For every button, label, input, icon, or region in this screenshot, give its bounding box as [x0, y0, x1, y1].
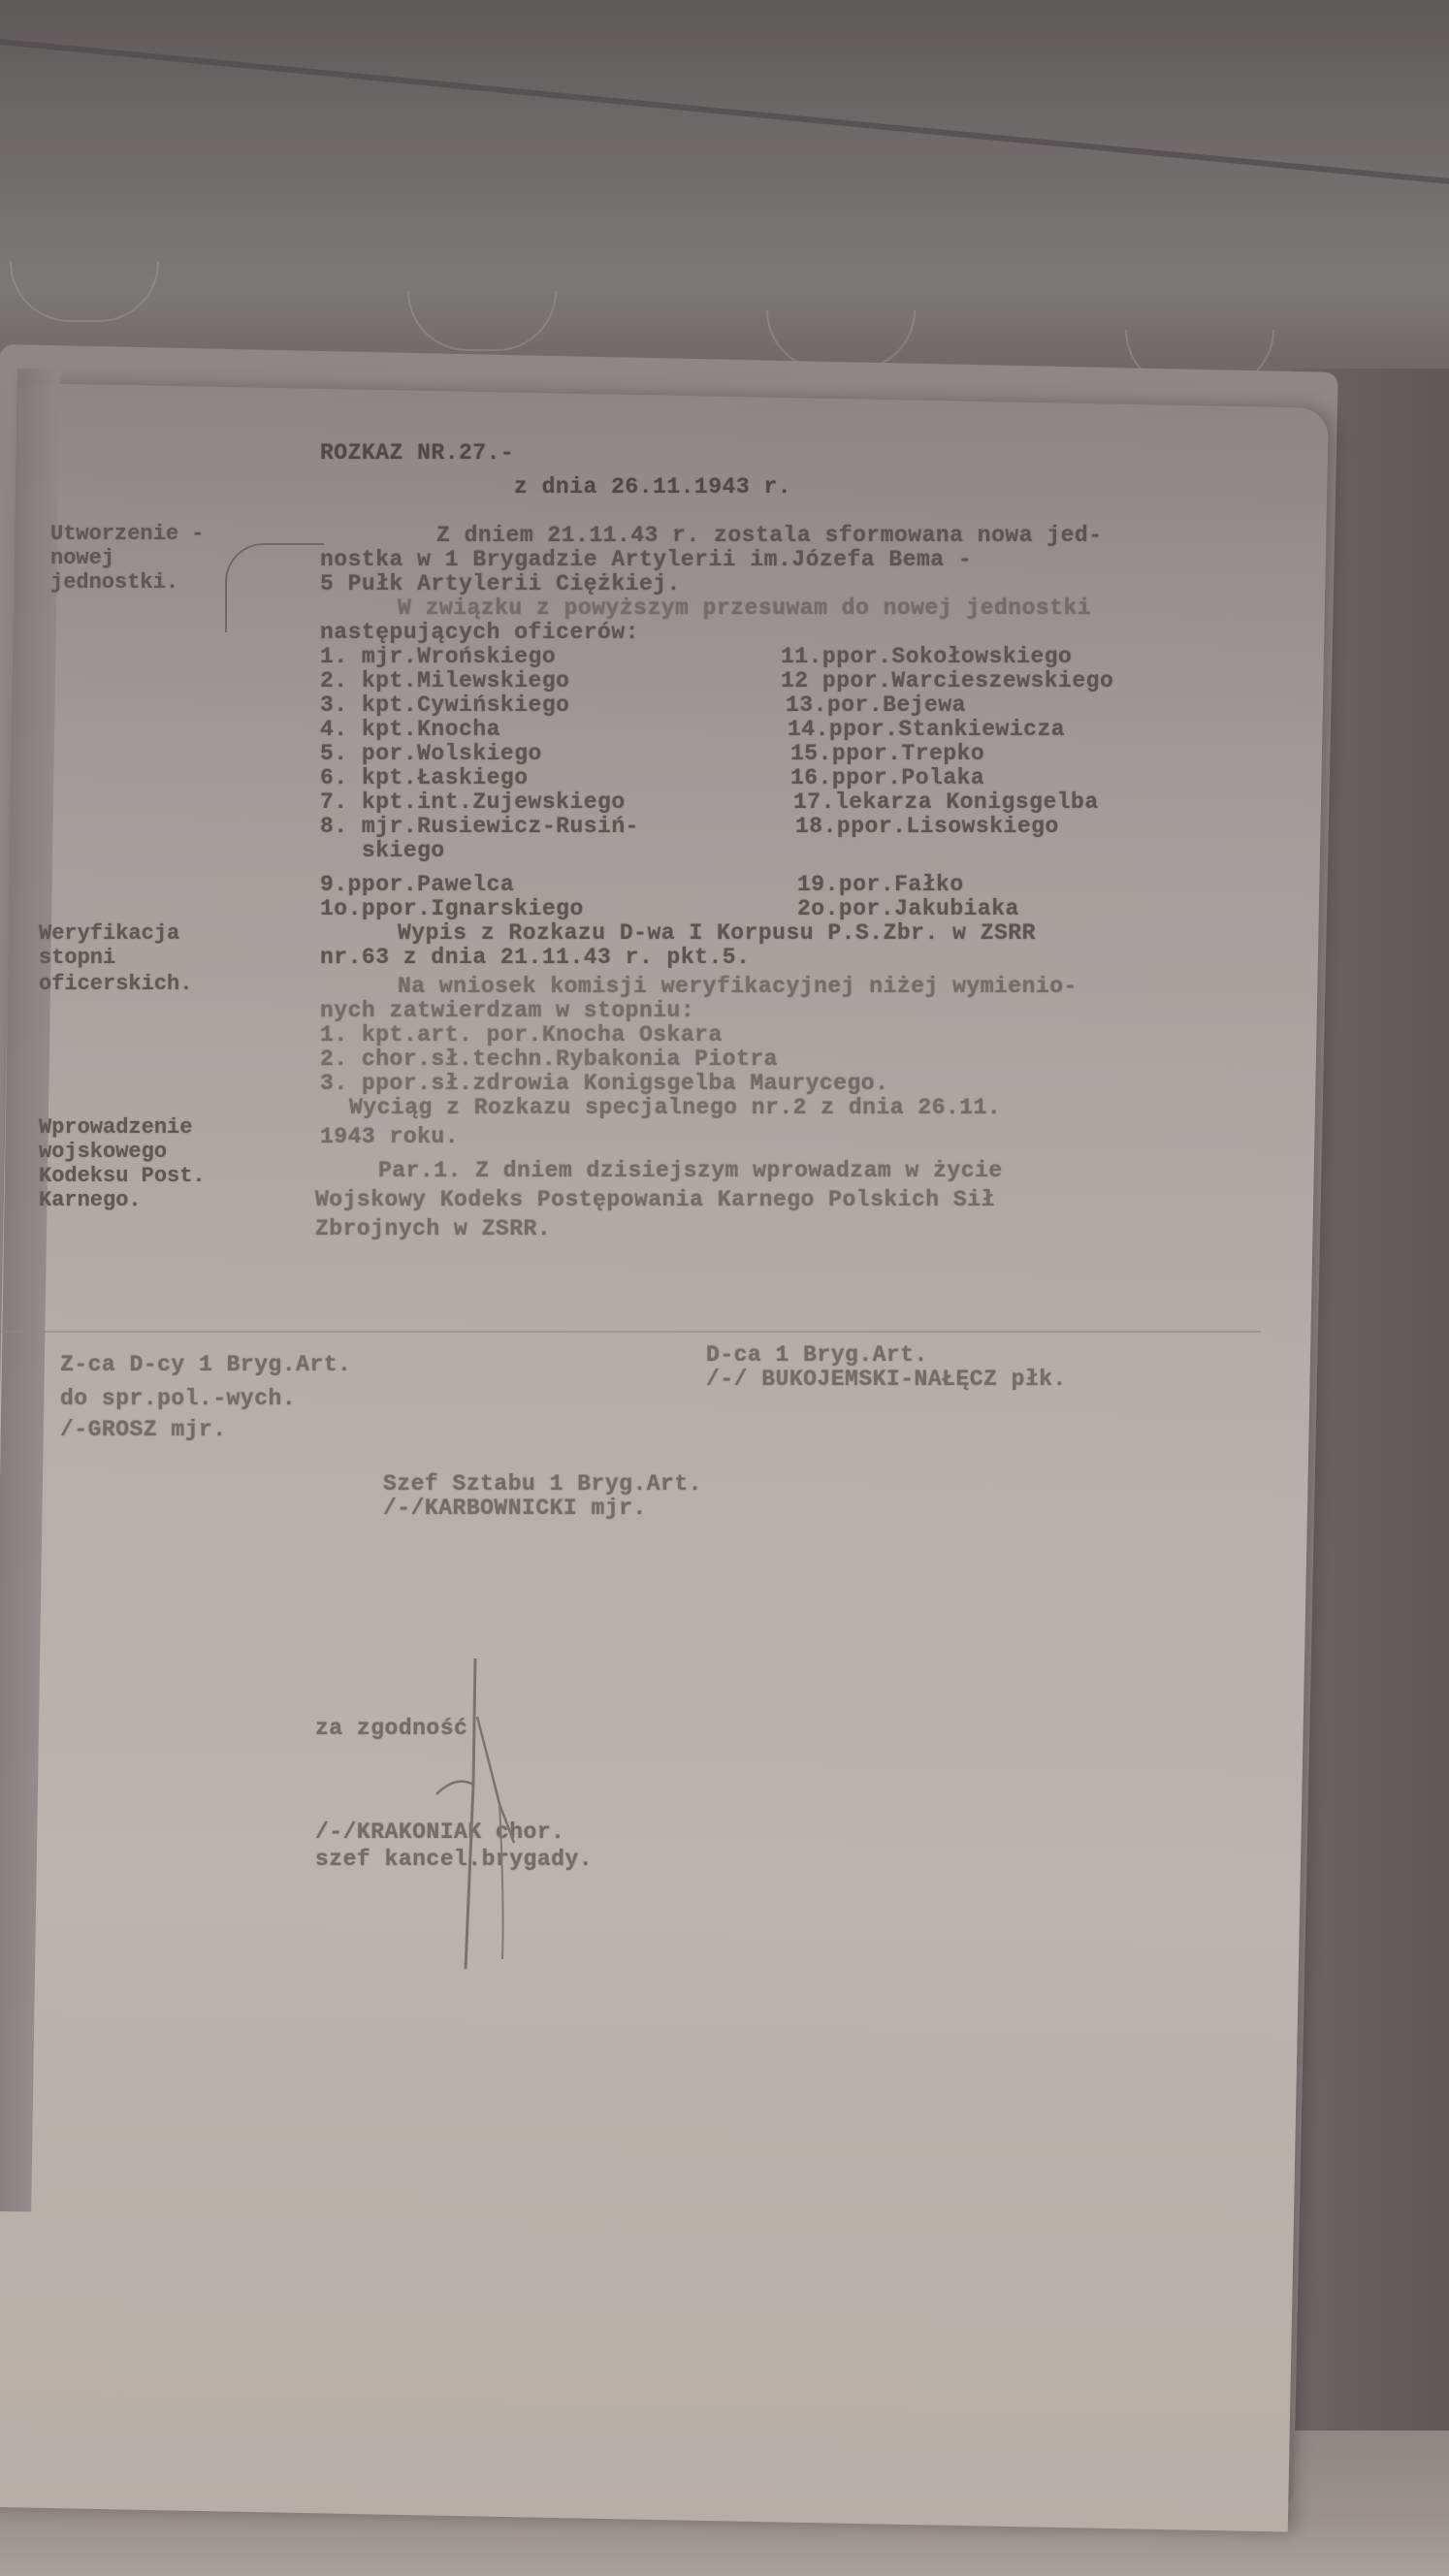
list-item: 15.ppor.Trepko — [790, 742, 984, 766]
list-item: skiego — [320, 839, 445, 863]
list-item: 3. kpt.Cywińskiego — [320, 693, 569, 718]
list-item: 18.ppor.Lisowskiego — [795, 815, 1059, 839]
list-item: 3. ppor.sł.zdrowia Konigsgelba Maurycego… — [320, 1072, 888, 1096]
list-item: 14.ppor.Stankiewicza — [788, 718, 1065, 742]
document-page — [0, 383, 1329, 2532]
list-item: 11.ppor.Sokołowskiego — [781, 645, 1072, 669]
list-item: 2. chor.sł.techn.Rybakonia Piotra — [320, 1047, 778, 1072]
list-item: 7. kpt.int.Zujewskiego — [320, 790, 626, 815]
list-item: 17.lekarza Konigsgelba — [793, 790, 1099, 815]
list-item: 5. por.Wolskiego — [320, 742, 542, 766]
list-item: 16.ppor.Polaka — [790, 766, 984, 790]
list-item: 2o.por.Jakubiaka — [797, 897, 1019, 921]
list-item: 1. mjr.Wrońskiego — [320, 645, 556, 669]
list-item: 8. mjr.Rusiewicz-Rusiń- — [320, 815, 639, 839]
section-divider — [0, 1331, 1261, 1333]
list-item: 1. kpt.art. por.Knocha Oskara — [320, 1023, 723, 1047]
list-item: 9.ppor.Pawelca — [320, 873, 514, 897]
order-date: z dnia 26.11.1943 r. — [514, 475, 791, 499]
pen-bracket-mark — [225, 543, 324, 632]
list-item: 1o.ppor.Ignarskiego — [320, 897, 584, 921]
list-item: 2. kpt.Milewskiego — [320, 669, 569, 693]
list-item: 4. kpt.Knocha — [320, 718, 500, 742]
list-item: 6. kpt.Łaskiego — [320, 766, 529, 790]
order-number: ROZKAZ NR.27.- — [320, 441, 514, 466]
handwritten-signature — [407, 1649, 563, 1979]
list-item: 13.por.Bejewa — [786, 693, 966, 718]
list-item: 12 ppor.Warcieszewskiego — [781, 669, 1113, 693]
list-item: 19.por.Fałko — [797, 873, 964, 897]
